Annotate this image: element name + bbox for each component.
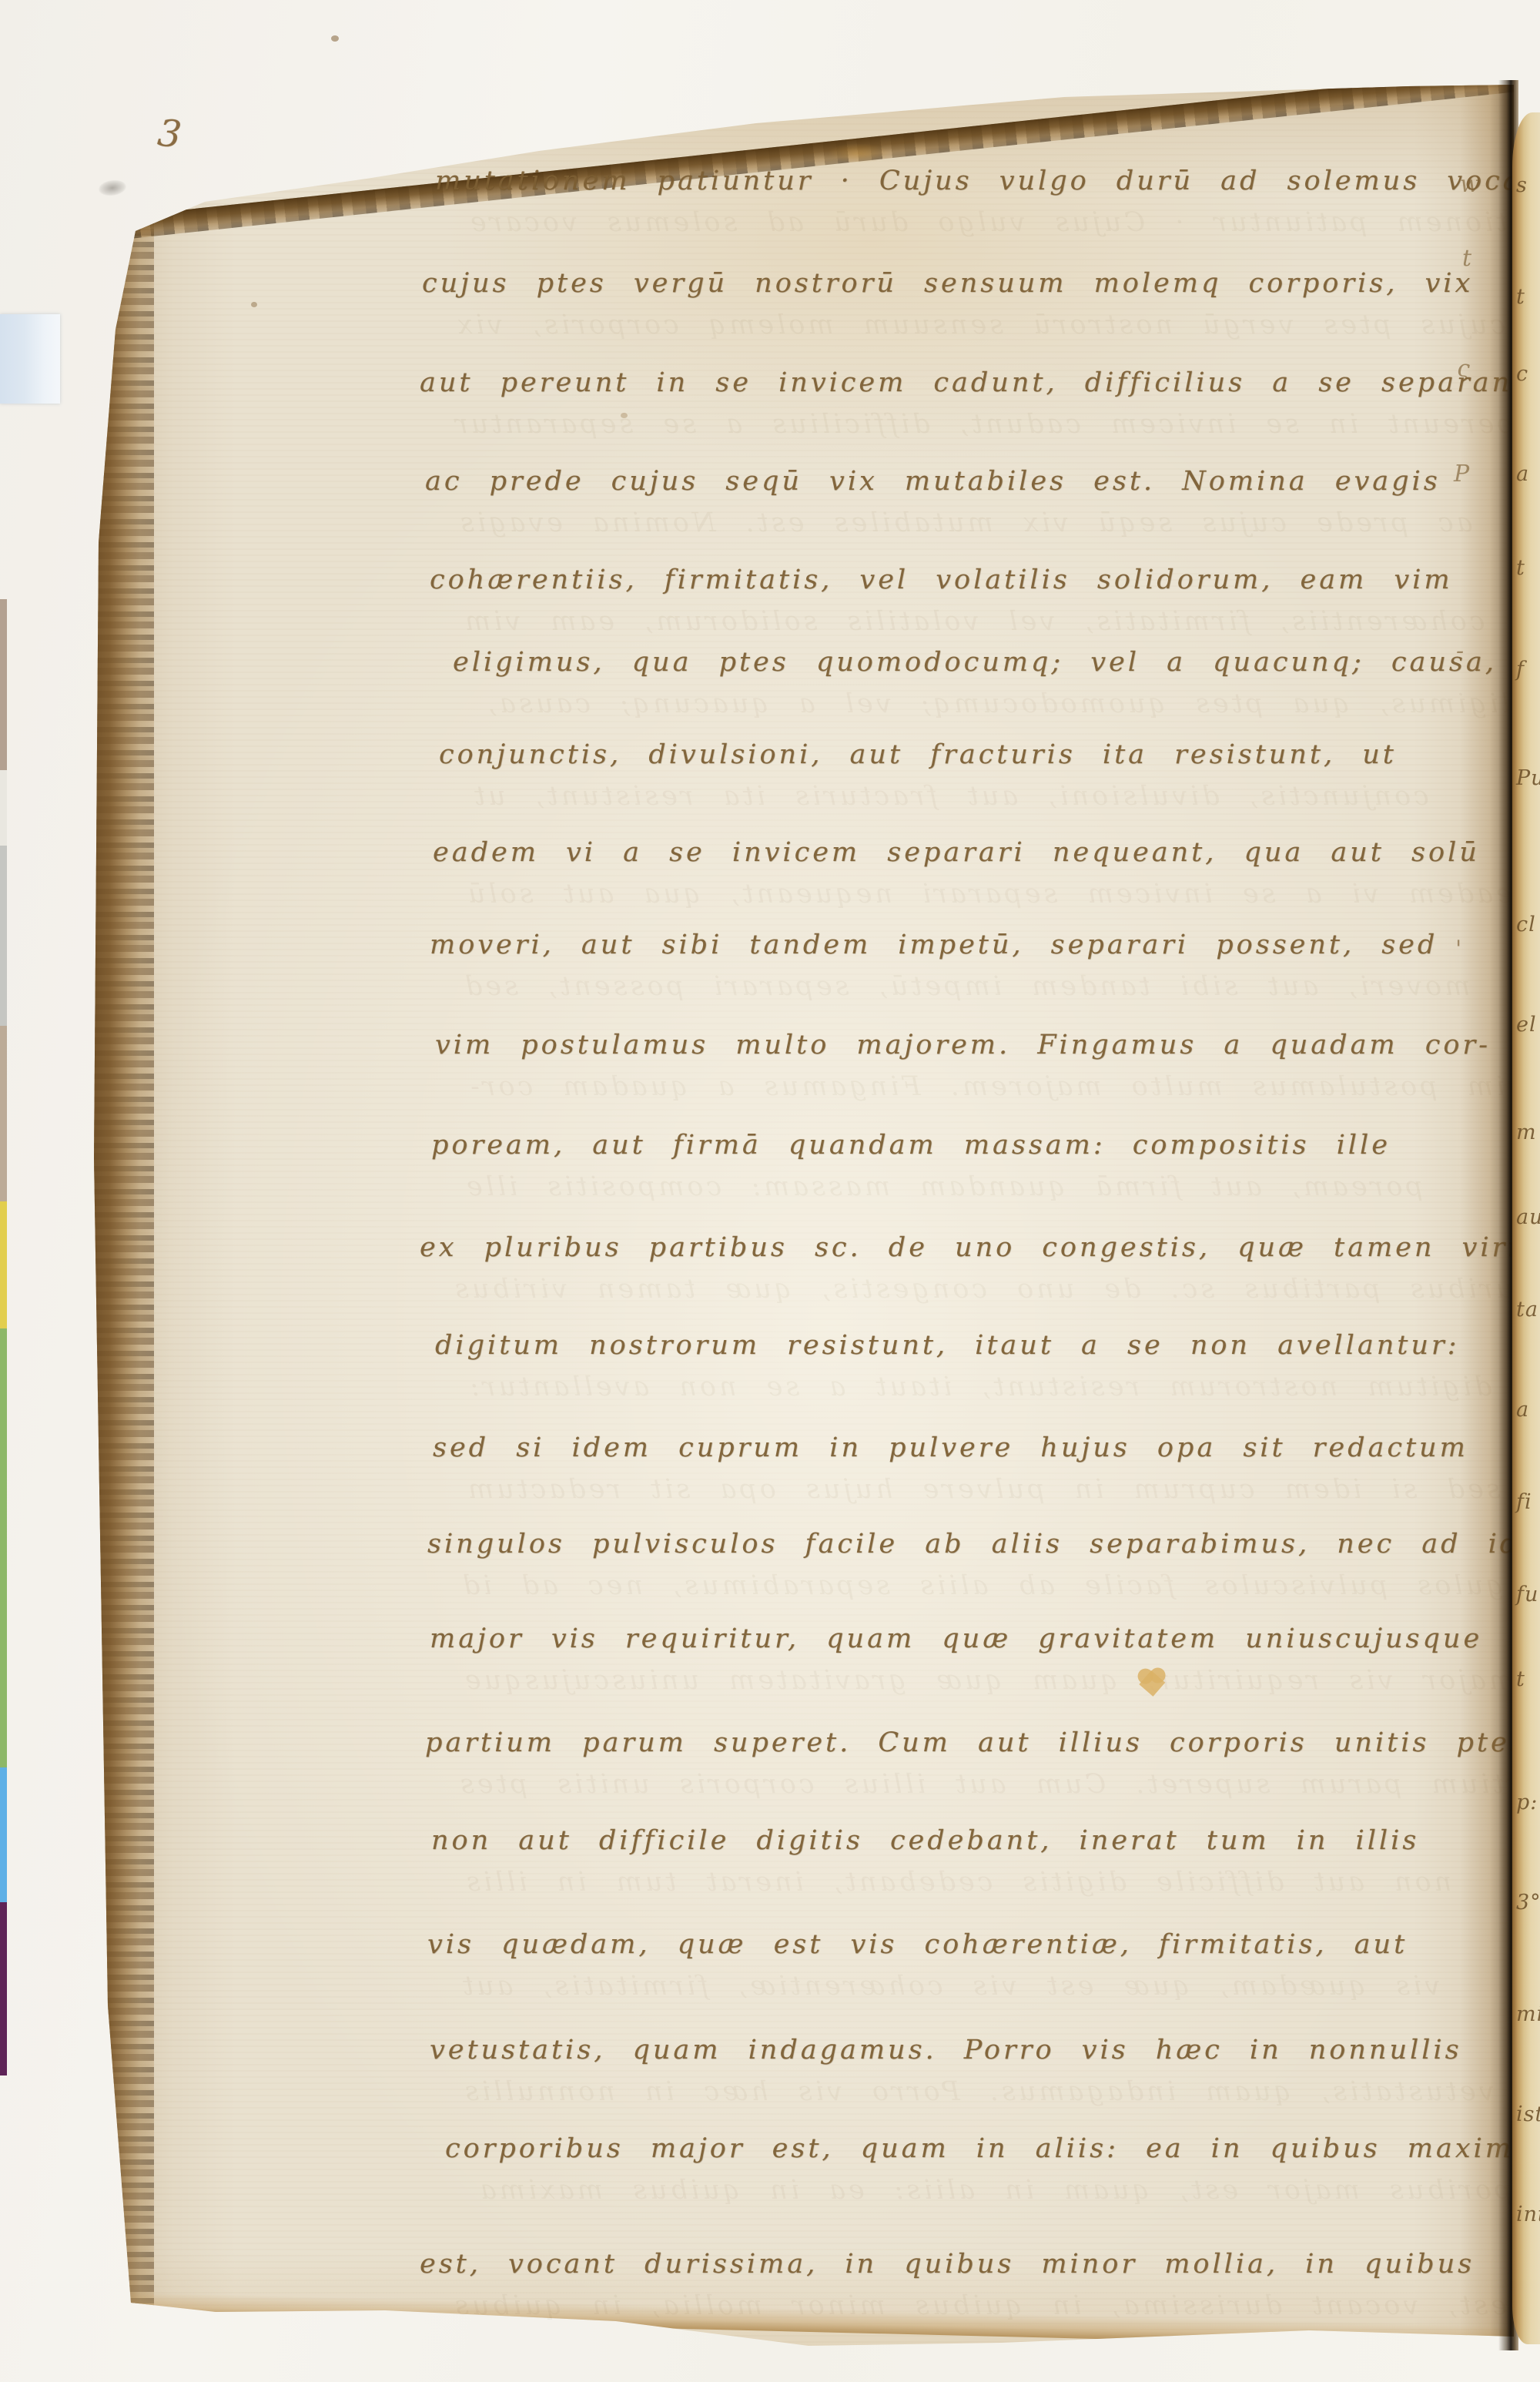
bleed-through-ghost: aut pereunt in se invicem cadunt, diffic… [452,409,1540,440]
next-page-text-fragment: cl [1516,913,1536,936]
bleed-through-ghost: major vis requiritur, quam quæ gravitate… [462,1665,1515,1696]
ink-stain [828,143,889,163]
next-page-text-fragment: int [1516,2203,1540,2226]
next-page-text-fragment: au [1516,1205,1540,1229]
manuscript-line: mutationem patiuntur · Cujus vulgo durū … [435,161,1540,201]
manuscript-line: singulos pulvisculos facile ab aliis sep… [427,1524,1520,1564]
next-page-text-fragment: el [1516,1013,1537,1037]
manuscript-line: cohærentiis, firmitatis, vel volatilis s… [430,560,1453,600]
next-page-text-fragment: 3°· C [1516,1891,1540,1915]
bleed-through-ghost: non aut difficile digitis cedebant, iner… [464,1867,1451,1898]
calibration-strip-segment [0,1201,7,1328]
bleed-through-ghost: ac prede cujus seqū vix mutabiles est. N… [457,508,1473,538]
manuscript-line: aut pereunt in se invicem cadunt, diffic… [420,363,1540,403]
next-page-text-fragment: c [1516,362,1528,386]
bleed-through-ghost: eadem vi a se invicem separari nequeant,… [465,879,1512,910]
bleed-through-ghost: moveri, aut sibi tandem impetū, separari… [462,971,1470,1002]
next-page-text-fragment: ist [1516,2102,1540,2126]
manuscript-line: conjunctis, divulsioni, aut fracturis it… [439,735,1397,775]
calibration-strip-segment [0,770,7,846]
margin-mark: ' [1455,936,1461,963]
calibration-strip-segment [0,1767,7,1902]
next-page-text-fragment: Pu [1516,766,1540,790]
paper-speck [331,35,339,42]
manuscript-line: ac prede cujus seqū vix mutabiles est. N… [425,461,1441,501]
manuscript-line: eligimus, qua ptes quomodocumq; vel a qu… [453,642,1497,682]
calibration-strip-segment [0,846,7,1026]
next-page-text-fragment: t [1516,556,1525,580]
manuscript-line: est, vocant durissima, in quibus minor m… [420,2244,1475,2284]
manuscript-line: non aut difficile digitis cedebant, iner… [431,1821,1419,1861]
color-reference-card [0,314,60,404]
margin-mark: ς [1457,356,1470,383]
bleed-through-ghost: corporibus major est, quam in aliis: ea … [477,2175,1540,2206]
bleed-through-ghost: est, vocant durissima, in quibus minor m… [452,2290,1507,2321]
bleed-through-ghost: cohærentiis, firmitatis, vel volatilis s… [462,606,1485,637]
manuscript-line: digitum nostrorum resistunt, itaut a se … [435,1325,1459,1365]
manuscript-line: partium parum superet. Cum aut illius co… [425,1723,1527,1763]
next-page-text-fragment: t [1516,1667,1525,1691]
margin-mark: P [1454,461,1469,487]
margin-mark: w [1460,171,1480,198]
margin-mark: - [1456,638,1464,665]
next-page-text-fragment: a [1516,1398,1529,1422]
manuscript-line: corporibus major est, quam in aliis: ea … [445,2129,1533,2169]
bleed-through-ghost: conjunctis, divulsioni, aut fracturis it… [471,781,1429,812]
next-page-text-fragment: p: [1516,1791,1538,1814]
calibration-strip-segment [0,1026,7,1201]
bleed-through-ghost: vetustatis, quam indagamus. Porro vis hæ… [462,2076,1495,2107]
bleed-through-ghost: vim postulamus multo majorem. Fingamus a… [467,1071,1523,1102]
bleed-through-ghost: singulos pulvisculos facile ab aliis sep… [460,1570,1540,1601]
bleed-through-ghost: partium parum superet. Cum aut illius co… [457,1769,1540,1800]
manuscript-line: moveri, aut sibi tandem impetū, separari… [430,925,1438,965]
scanned-manuscript-photo: { "document": { "kind": "handwritten man… [0,0,1540,2382]
bleed-through-ghost: eligimus, qua ptes quomodocumq; vel a qu… [485,688,1529,719]
next-page-text-fragment: s [1516,173,1528,197]
margin-smudge [98,179,127,198]
next-page-text-fragment: fu [1516,1583,1538,1606]
binding-edge [89,80,154,2352]
manuscript-line: major vis requiritur, quam quæ gravitate… [430,1619,1482,1659]
next-page-text-fragment: m [1516,1121,1537,1144]
next-page-text-fragment: f [1516,658,1525,682]
bleed-through-ghost: poream, aut firmā quandam massam: compos… [464,1171,1423,1202]
paper-speck [251,302,257,307]
manuscript-line: vetustatis, quam indagamus. Porro vis hæ… [430,2030,1462,2070]
bleed-through-ghost: ex pluribus partibus sc. de uno congesti… [452,1274,1540,1305]
bleed-through-ghost: vis quædam, quæ est vis cohærentiæ, firm… [460,1971,1440,2002]
folio-number-mark: 3 [156,112,183,157]
bleed-through-ghost: mutationem patiuntur · Cujus vulgo durū … [467,207,1540,238]
manuscript-line: eadem vi a se invicem separari nequeant,… [433,833,1480,873]
next-page-edge: stcatfPuclelmautaafifutp:3°· Cmiistint [1512,112,1540,2344]
next-page-text-fragment: fi [1516,1490,1532,1514]
bleed-through-ghost: sed si idem cuprum in pulvere hujus opa … [465,1474,1501,1505]
heart-shaped-stain [1136,1664,1169,1697]
margin-mark: t [1462,245,1471,272]
paper-speck [621,413,628,418]
next-page-text-fragment: ta [1516,1298,1538,1322]
next-page-text-fragment: a [1516,462,1529,486]
next-page-text-fragment: mi [1516,2002,1540,2026]
manuscript-line: poream, aut firmā quandam massam: compos… [431,1125,1391,1165]
manuscript-line: vim postulamus multo majorem. Fingamus a… [435,1025,1491,1065]
bleed-through-ghost: digitum nostrorum resistunt, itaut a se … [467,1372,1491,1402]
manuscript-line: sed si idem cuprum in pulvere hujus opa … [433,1428,1468,1468]
manuscript-line: cujus ptes vergū nostrorū sensuum molemq… [422,263,1473,303]
next-page-text-fragment: t [1516,285,1525,309]
calibration-strip-segment [0,1902,7,2075]
calibration-strip-segment [0,1328,7,1767]
manuscript-line: ex pluribus partibus sc. de uno congesti… [420,1228,1540,1268]
manuscript-line: vis quædam, quæ est vis cohærentiæ, firm… [427,1925,1408,1965]
bleed-through-ghost: cujus ptes vergū nostrorū sensuum molemq… [454,310,1505,340]
calibration-strip-segment [0,599,7,770]
